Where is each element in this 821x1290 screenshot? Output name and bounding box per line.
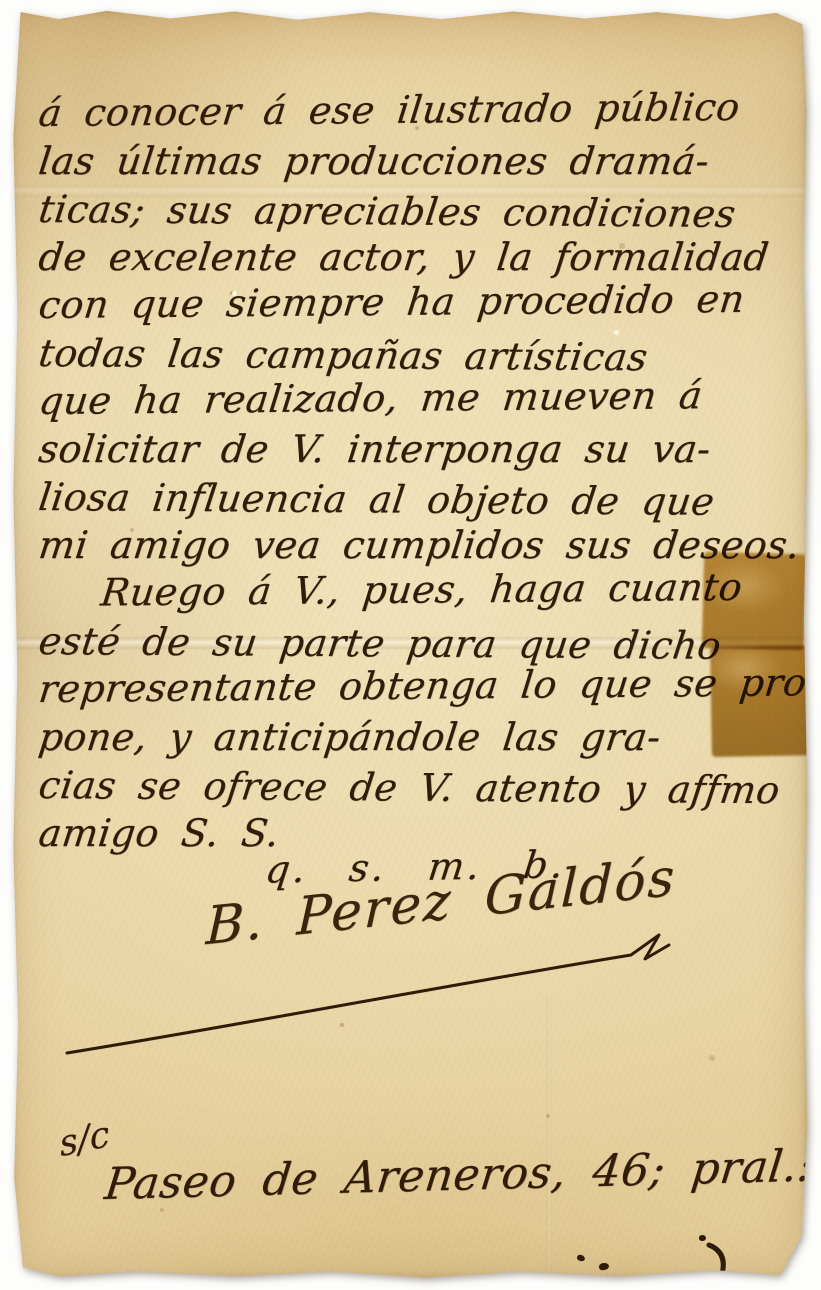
letter-line: mi amigo vea cumplidos sus deseos. xyxy=(36,521,812,569)
address-prefix: s/c xyxy=(57,1114,111,1166)
letter-line: solicitar de V. interponga su va- xyxy=(36,425,812,473)
scan-background: á conocer á ese ilustrado público las úl… xyxy=(0,0,821,1290)
address-line: Paseo de Areneros, 46; pral.: xyxy=(102,1140,816,1210)
ink-mark xyxy=(598,1262,609,1271)
signature-rubric-flourish xyxy=(59,927,719,1062)
letter-page: á conocer á ese ilustrado público las úl… xyxy=(11,9,808,1280)
crease-vertical xyxy=(547,994,551,1280)
letter-line: pone, y anticipándole las gra- xyxy=(36,713,812,761)
letter-line: cias se ofrece de V. atento y affmo xyxy=(36,761,812,814)
pinholes xyxy=(11,9,14,12)
ink-mark xyxy=(576,1254,586,1262)
letter-line: á conocer á ese ilustrado público xyxy=(36,82,812,137)
letter-line: con que siempre ha procedido en xyxy=(36,274,812,329)
letter-line: representante obtenga lo que se pro- xyxy=(36,658,812,713)
letter-line: que ha realizado, me mueven á xyxy=(36,370,812,425)
ink-mark-hook xyxy=(705,1241,741,1281)
letter-line: ticas; sus apreciables condiciones xyxy=(36,185,812,238)
ink-mark xyxy=(699,1235,706,1241)
letter-body: á conocer á ese ilustrado público las úl… xyxy=(39,89,809,857)
letter-line: Ruego á V., pues, haga cuanto xyxy=(36,562,812,617)
letter-line: de excelente actor, y la formalidad xyxy=(36,233,812,281)
paper-specks xyxy=(11,9,13,11)
letter-line: liosa influencia al objeto de que xyxy=(36,473,812,526)
letter-line: las últimas producciones dramá- xyxy=(36,137,812,185)
